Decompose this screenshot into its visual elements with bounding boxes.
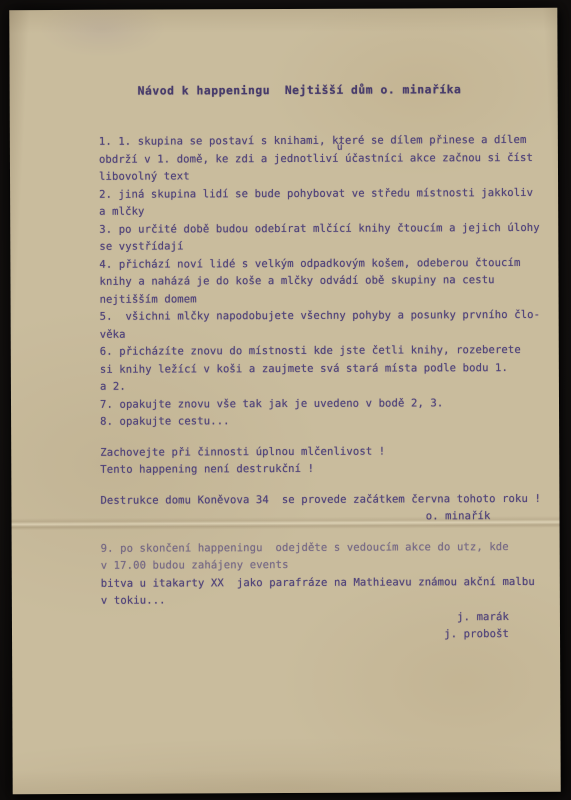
text-line: j. marák bbox=[101, 608, 549, 627]
text-line: obdrží v 1. domě, ke zdi a jednotliví úč… bbox=[99, 149, 547, 168]
fold-crease bbox=[12, 516, 560, 530]
text-line: a 2. bbox=[100, 377, 548, 396]
text-line: si knihy ležící v koši a zaujmete svá st… bbox=[100, 359, 548, 378]
text-line: věka bbox=[100, 324, 548, 343]
text-line: v tokiu... bbox=[101, 591, 549, 610]
text-line: 7. opakujte znovu vše tak jak je uvedeno… bbox=[100, 394, 548, 413]
text-line: bitva u itakarty XX jako parafráze na Ma… bbox=[101, 573, 549, 592]
text-line: 4. přichází noví lidé s velkým odpadkový… bbox=[99, 254, 547, 273]
text-line: 6. přicházíte znovu do místnosti kde jst… bbox=[100, 342, 548, 361]
text-line: knihy a naházá je do koše a mlčky odvádí… bbox=[99, 272, 547, 291]
text-line: libovolný text bbox=[99, 167, 547, 186]
text-line: 3. po určité době budou odebírat mlčící … bbox=[99, 219, 547, 238]
text-line: 9. po skončení happeningu odejděte s ved… bbox=[101, 538, 549, 557]
text-line: Tento happening není destrukční ! bbox=[100, 460, 548, 479]
text-line: se vystřídají bbox=[99, 237, 547, 256]
text-line: nejtišším domem bbox=[100, 289, 548, 308]
text-line: 1. 1. skupina se postaví s knihami, kter… bbox=[99, 132, 547, 151]
text-line: 8. opakujte cestu... bbox=[100, 412, 548, 431]
document-title: Návod k happeningu Nejtišší dům o. minař… bbox=[138, 81, 558, 99]
text-line: 2. jiná skupina lidí se bude pohybovat v… bbox=[99, 184, 547, 203]
photo-background: Návod k happeningu Nejtišší dům o. minař… bbox=[0, 0, 571, 800]
typed-correction-mark: ú bbox=[337, 142, 343, 153]
document-body: ú 1. 1. skupina se postaví s knihami, kt… bbox=[99, 132, 549, 645]
text-line: 5. všichni mlčky napodobujete všechny po… bbox=[100, 307, 548, 326]
text-line: a mlčky bbox=[99, 202, 547, 221]
text-line: Zachovejte při činnosti úplnou mlčenlivo… bbox=[100, 442, 548, 461]
text-line: v 17.00 budou zahájeny events bbox=[101, 556, 549, 575]
text-line: Destrukce domu Koněvova 34 se provede za… bbox=[100, 490, 548, 509]
document-paper: Návod k happeningu Nejtišší dům o. minař… bbox=[9, 8, 560, 794]
text-line: j. probošt bbox=[101, 626, 549, 645]
